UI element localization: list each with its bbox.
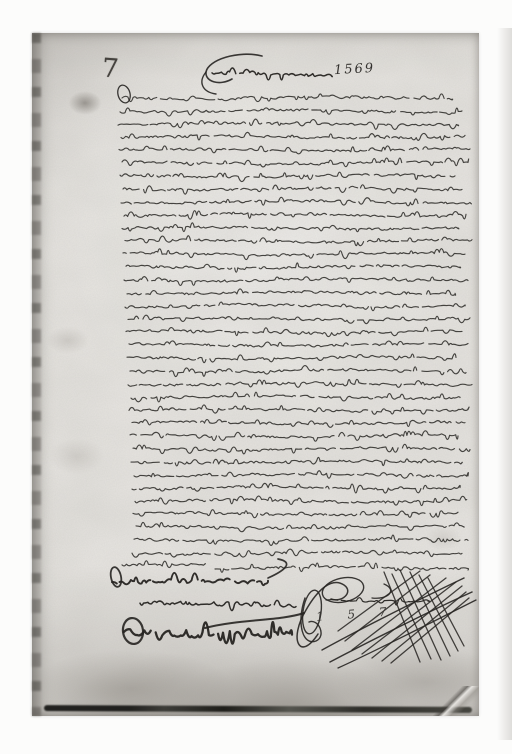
- paper-texture: [32, 33, 479, 716]
- manuscript-page: [32, 33, 479, 716]
- heading-year-text: 1569: [334, 61, 376, 78]
- scanned-document: 7 1569 1 5 7: [0, 0, 512, 754]
- corner-fold-crease: [433, 686, 479, 716]
- bottom-binding-strip: [44, 705, 472, 713]
- scanner-shadow-band: [497, 28, 512, 740]
- page-number: 7: [101, 53, 120, 84]
- paper-stains: [32, 33, 479, 716]
- binding-edge-shading: [32, 33, 41, 716]
